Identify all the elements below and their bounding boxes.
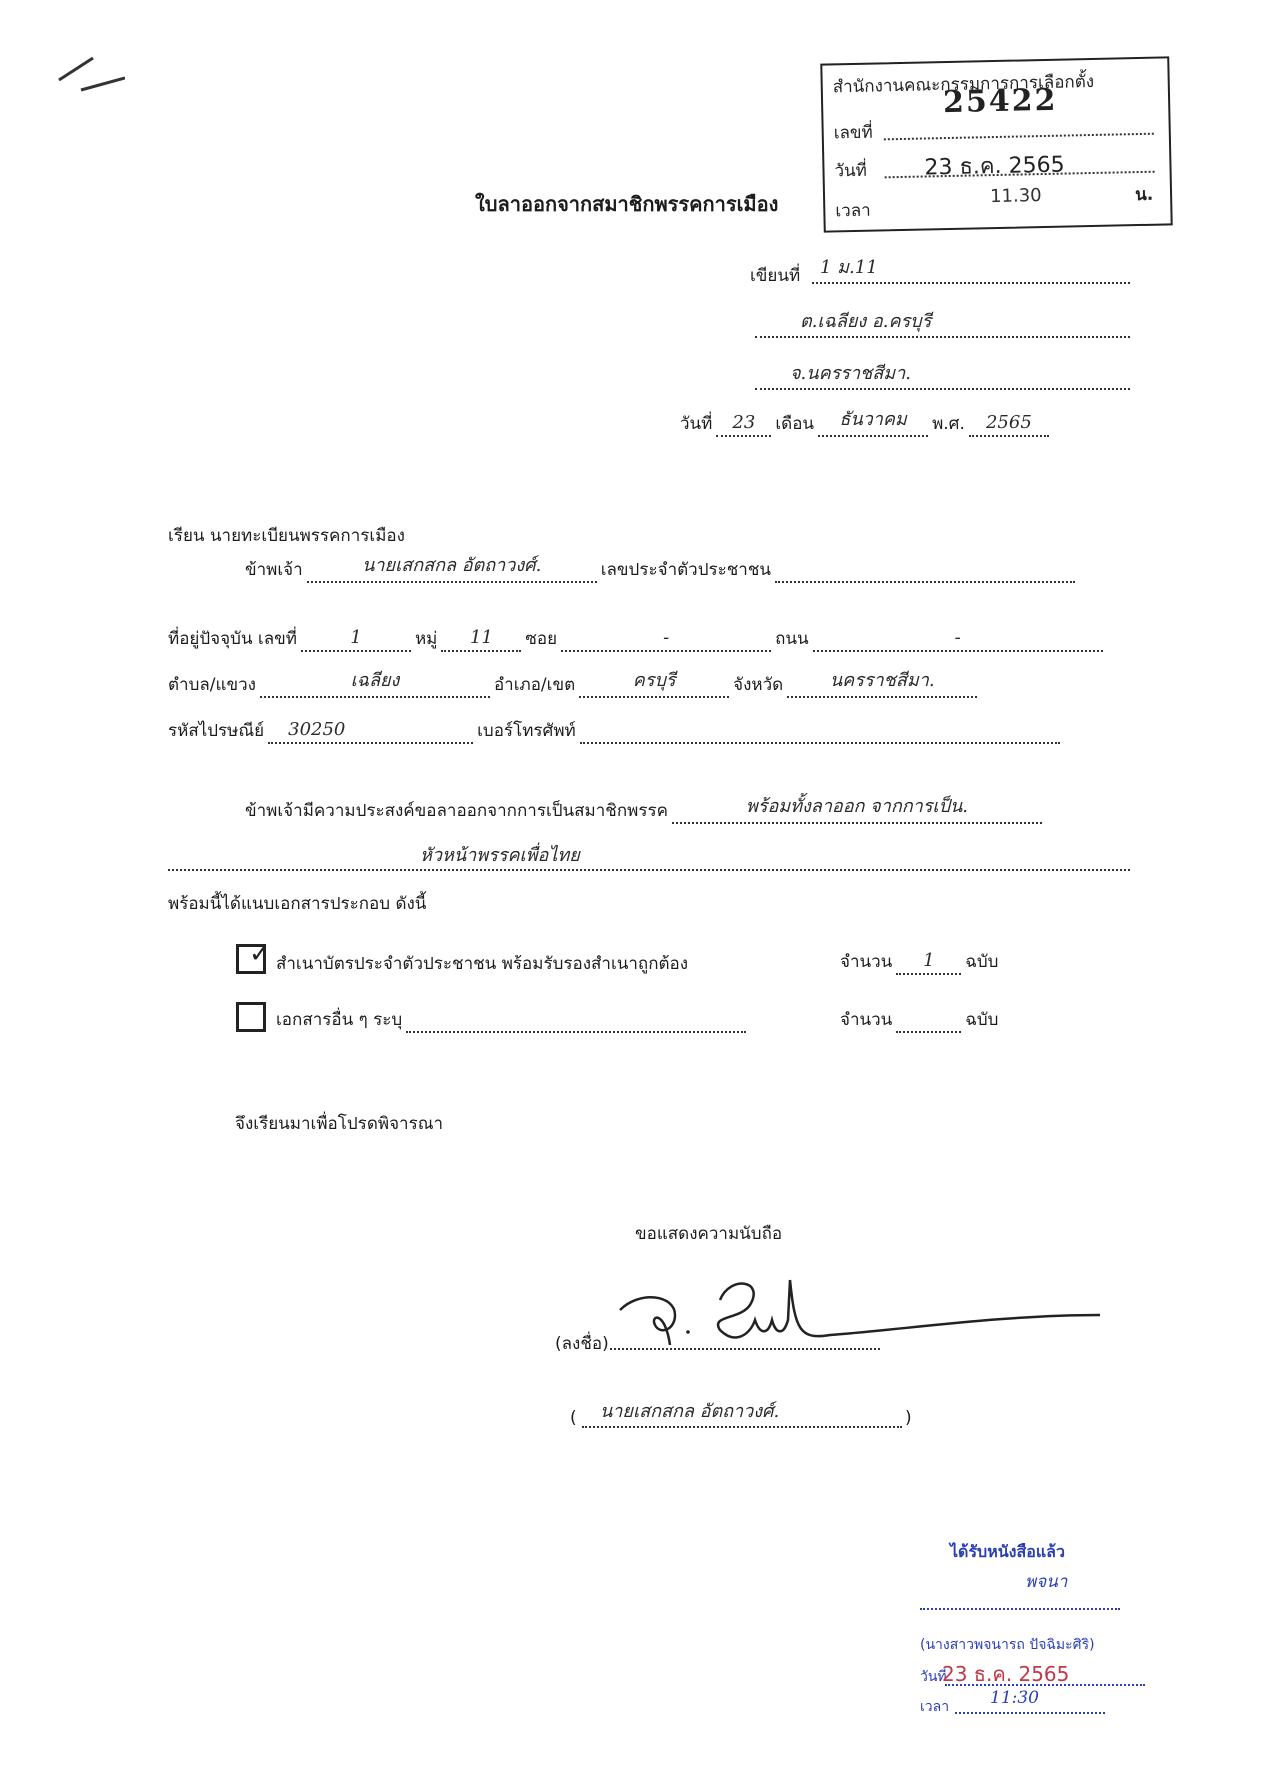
- amphoe-field: ครบุรี: [579, 674, 729, 698]
- attachment-checkbox-2[interactable]: [236, 1002, 266, 1036]
- intent-field-line1: พร้อมทั้งลาออก จากการเป็น.: [672, 800, 1042, 824]
- stamp-time-label: เวลา: [835, 197, 871, 225]
- attachment-count-row-1: จำนวน 1 ฉบับ: [840, 948, 998, 975]
- attachment-count-1: 1: [896, 951, 961, 975]
- month-field: ธันวาคม: [818, 413, 928, 437]
- tambon-field: เฉลียง: [260, 674, 490, 698]
- stamp-time-unit: น.: [1135, 181, 1154, 208]
- written-at-line3: จ.นครราชสีมา.: [790, 358, 911, 387]
- attachment-checkbox-1[interactable]: ✓: [236, 944, 266, 978]
- attachments-heading: พร้อมนี้ได้แนบเอกสารประกอบ ดังนี้: [168, 890, 426, 917]
- attachment-label-2: เอกสารอื่น ๆ ระบุ: [276, 1006, 402, 1033]
- written-at-label: เขียนที่: [750, 262, 800, 289]
- phone-field: [580, 720, 1060, 744]
- attachment-count-2: [896, 1009, 961, 1033]
- written-at-line1: 1 ม.11: [820, 252, 878, 281]
- year-label: พ.ศ.: [932, 410, 965, 437]
- postcode-row: รหัสไปรษณีย์ 30250 เบอร์โทรศัพท์: [168, 717, 1064, 744]
- applicant-name-row: ข้าพเจ้า นายเสกสกล อัตถาวงศ์. เลขประจำตั…: [245, 556, 1079, 583]
- attachment-row-2: เอกสารอื่น ๆ ระบุ: [276, 1006, 750, 1033]
- document-title: ใบลาออกจากสมาชิกพรรคการเมือง: [475, 188, 778, 220]
- stamp-number-label: เลขที่: [833, 119, 873, 147]
- receipt-time-label: เวลา: [920, 1696, 949, 1718]
- house-no-field: 1: [301, 628, 411, 652]
- postcode-label: รหัสไปรษณีย์: [168, 717, 264, 744]
- intent-label: ข้าพเจ้ามีความประสงค์ขอลาออกจากการเป็นสม…: [245, 797, 668, 824]
- house-no-label: ที่อยู่ปัจจุบัน เลขที่: [168, 625, 297, 652]
- salutation: เรียน นายทะเบียนพรรคการเมือง: [168, 522, 405, 549]
- amphoe-label: อำเภอ/เขต: [494, 671, 575, 698]
- moo-field: 11: [441, 628, 521, 652]
- checkmark-icon: ✓: [249, 939, 271, 969]
- receipt-heading: ได้รับหนังสือแล้ว: [950, 1540, 1065, 1565]
- province-field: นครราชสีมา.: [787, 674, 977, 698]
- closing-text: จึงเรียนมาเพื่อโปรดพิจารณา: [235, 1110, 443, 1137]
- sign-label: (ลงชื่อ): [555, 1330, 609, 1357]
- moo-label: หมู่: [415, 625, 437, 652]
- printed-name-open-paren: (: [570, 1408, 577, 1428]
- printed-name: นายเสกสกล อัตถาวงศ์.: [600, 1396, 779, 1425]
- month-label: เดือน: [775, 410, 814, 437]
- stamp-time: 11.30: [990, 185, 1042, 207]
- address-row: ที่อยู่ปัจจุบัน เลขที่ 1 หมู่ 11 ซอย - ถ…: [168, 625, 1107, 652]
- corner-slash-mark: [55, 50, 125, 95]
- road-field: -: [813, 628, 1103, 652]
- stamp-date: 23 ธ.ค. 2565: [924, 147, 1065, 185]
- ect-received-stamp: สำนักงานคณะกรรมการการเลือกตั้ง 25422 เลข…: [820, 56, 1172, 232]
- date-line: วันที่ 23 เดือน ธันวาคม พ.ศ. 2565: [680, 410, 1053, 437]
- receiver-name: (นางสาวพจนารถ ปัจฉิมะศิริ): [920, 1634, 1095, 1656]
- name-field: นายเสกสกล อัตถาวงศ์.: [307, 559, 597, 583]
- day-label: วันที่: [680, 410, 712, 437]
- printed-name-close-paren: ): [905, 1408, 912, 1428]
- province-label: จังหวัด: [733, 671, 783, 698]
- written-at-line2: ต.เฉลียง อ.ครบุรี: [800, 306, 931, 335]
- intent-line2-text: หัวหน้าพรรคเพื่อไทย: [420, 840, 580, 869]
- attachment-label-1: สำเนาบัตรประจำตัวประชาชน พร้อมรับรองสำเน…: [276, 950, 688, 977]
- receipt-signature: พจนา: [1025, 1568, 1067, 1595]
- signature-mark: [600, 1270, 1100, 1360]
- intent-row: ข้าพเจ้ามีความประสงค์ขอลาออกจากการเป็นสม…: [245, 797, 1046, 824]
- road-label: ถนน: [775, 625, 809, 652]
- attachment-count-row-2: จำนวน ฉบับ: [840, 1006, 998, 1033]
- soi-field: -: [561, 628, 771, 652]
- id-field: [775, 559, 1075, 583]
- regards-text: ขอแสดงความนับถือ: [635, 1220, 782, 1247]
- year-field: 2565: [969, 413, 1049, 437]
- intent-field-line2: [168, 869, 1130, 871]
- stamp-number: 25422: [943, 83, 1058, 120]
- name-label: ข้าพเจ้า: [245, 556, 303, 583]
- receipt-time: 11:30: [990, 1688, 1039, 1708]
- phone-label: เบอร์โทรศัพท์: [477, 717, 576, 744]
- stamp-date-label: วันที่: [834, 157, 867, 185]
- id-label: เลขประจำตัวประชาชน: [601, 556, 771, 583]
- district-row: ตำบล/แขวง เฉลียง อำเภอ/เขต ครบุรี จังหวั…: [168, 671, 981, 698]
- tambon-label: ตำบล/แขวง: [168, 671, 256, 698]
- day-field: 23: [716, 413, 771, 437]
- attachment-other-field: [406, 1009, 746, 1033]
- postcode-field: 30250: [268, 720, 473, 744]
- soi-label: ซอย: [525, 625, 557, 652]
